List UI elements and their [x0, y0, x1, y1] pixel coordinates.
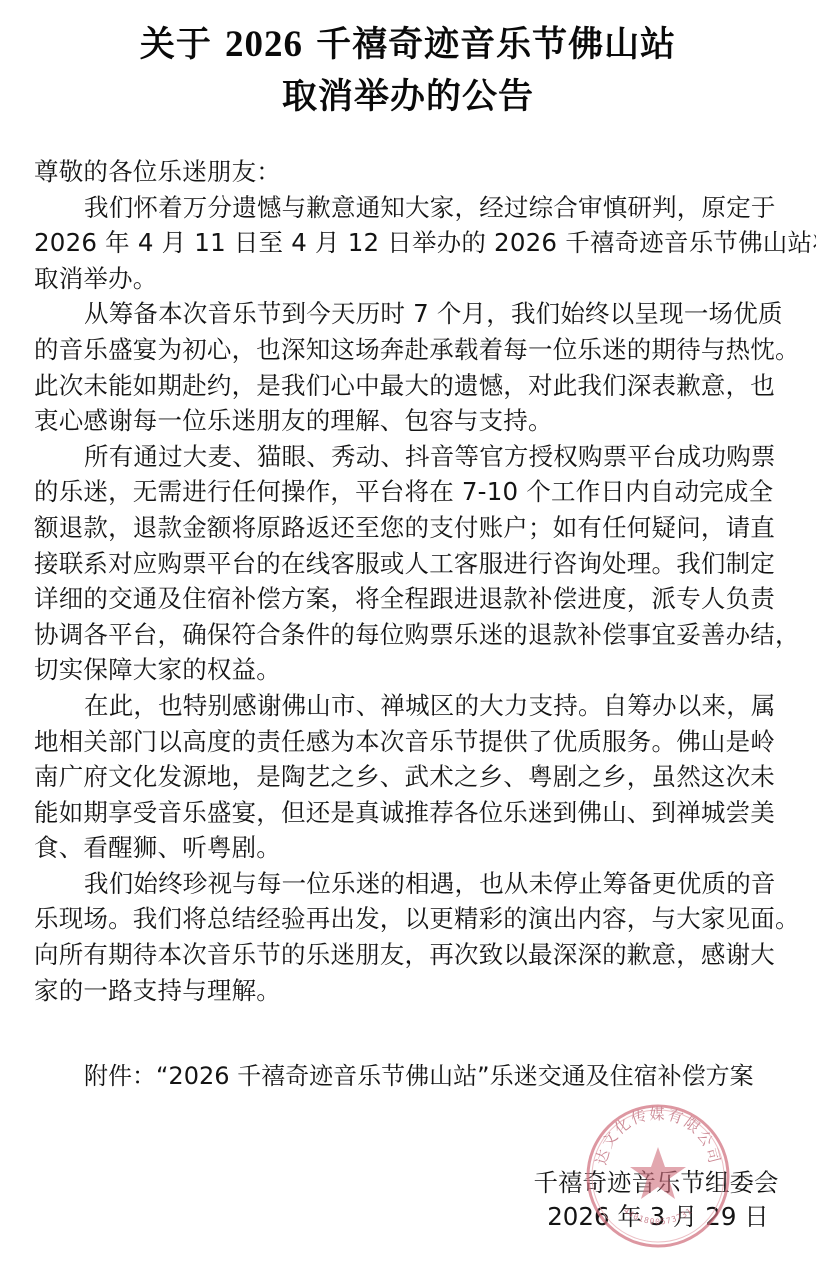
paragraph-2-line-4: 衷心感谢每一位乐迷朋友的理解、包容与支持。: [34, 403, 786, 439]
paragraph-4-line-1: 在此，也特别感谢佛山市、禅城区的大力支持。自筹办以来，属: [34, 688, 786, 724]
paragraph-5-line-4: 家的一路支持与理解。: [34, 973, 786, 1009]
title-line-1: 关于 2026 千禧奇迹音乐节佛山站: [0, 19, 816, 71]
paragraph-5-line-2: 乐现场。我们将总结经验再出发，以更精彩的演出内容，与大家见面。: [34, 901, 786, 937]
paragraph-3-line-7: 切实保障大家的权益。: [34, 652, 786, 688]
paragraph-3-line-2: 的乐迷，无需进行任何操作，平台将在 7-10 个工作日内自动完成全: [34, 474, 786, 510]
paragraph-1-line-2: 2026 年 4 月 11 日至 4 月 12 日举办的 2026 千禧奇迹音乐…: [34, 225, 786, 261]
title-line-2: 取消举办的公告: [0, 71, 816, 123]
svg-text:达文化传媒有限公司: 达文化传媒有限公司: [592, 1105, 724, 1167]
paragraph-4-line-3: 南广府文化发源地，是陶艺之乡、武术之乡、粤剧之乡，虽然这次未: [34, 759, 786, 795]
paragraph-3-line-3: 额退款，退款金额将原路返还至您的支付账户；如有任何疑问，请直: [34, 510, 786, 546]
announcement-page: 关于 2026 千禧奇迹音乐节佛山站 取消举办的公告 尊敬的各位乐迷朋友： 我们…: [0, 0, 816, 1280]
paragraph-3-line-6: 协调各平台，确保符合条件的每位购票乐迷的退款补偿事宜妥善办结，: [34, 617, 786, 653]
title-suffix: 千禧奇迹音乐节佛山站: [303, 25, 676, 65]
paragraph-5-line-3: 向所有期待本次音乐节的乐迷朋友，再次致以最深深的歉意，感谢大: [34, 937, 786, 973]
paragraph-4-line-5: 食、看醒狮、听粤剧。: [34, 830, 786, 866]
paragraph-3-line-4: 接联系对应购票平台的在线客服或人工客服进行咨询处理。我们制定: [34, 546, 786, 582]
paragraph-3-line-1: 所有通过大麦、猫眼、秀动、抖音等官方授权购票平台成功购票: [34, 439, 786, 475]
issue-date: 2026 年 3 月 29 日: [545, 1199, 771, 1234]
paragraph-2-line-3: 此次未能如期赴约，是我们心中最大的遗憾，对此我们深表歉意，也: [34, 368, 786, 404]
paragraph-4-line-4: 能如期享受音乐盛宴，但还是真诚推荐各位乐迷到佛山、到禅城尝美: [34, 795, 786, 831]
paragraph-3-line-5: 详细的交通及住宿补偿方案，将全程跟进退款补偿进度，派专人负责: [34, 581, 786, 617]
announcement-body: 尊敬的各位乐迷朋友： 我们怀着万分遗憾与歉意通知大家，经过综合审慎研判，原定于 …: [34, 154, 786, 1008]
paragraph-2-line-2: 的音乐盛宴为初心，也深知这场奔赴承载着每一位乐迷的期待与热忱。: [34, 332, 786, 368]
title-year: 2026: [225, 24, 303, 65]
attachment-note: 附件：“2026 千禧奇迹音乐节佛山站”乐迷交通及住宿补偿方案: [84, 1058, 754, 1094]
paragraph-1-line-1: 我们怀着万分遗憾与歉意通知大家，经过综合审慎研判，原定于: [34, 190, 786, 226]
paragraph-4-line-2: 地相关部门以高度的责任感为本次音乐节提供了优质服务。佛山是岭: [34, 724, 786, 760]
organizer-signature: 千禧奇迹音乐节组委会: [530, 1165, 782, 1200]
paragraph-5-line-1: 我们始终珍视与每一位乐迷的相遇，也从未停止筹备更优质的音: [34, 866, 786, 902]
greeting: 尊敬的各位乐迷朋友：: [34, 154, 786, 190]
paragraph-1-line-3: 取消举办。: [34, 261, 786, 297]
paragraph-2-line-1: 从筹备本次音乐节到今天历时 7 个月，我们始终以呈现一场优质: [34, 296, 786, 332]
title-prefix: 关于: [140, 25, 225, 65]
